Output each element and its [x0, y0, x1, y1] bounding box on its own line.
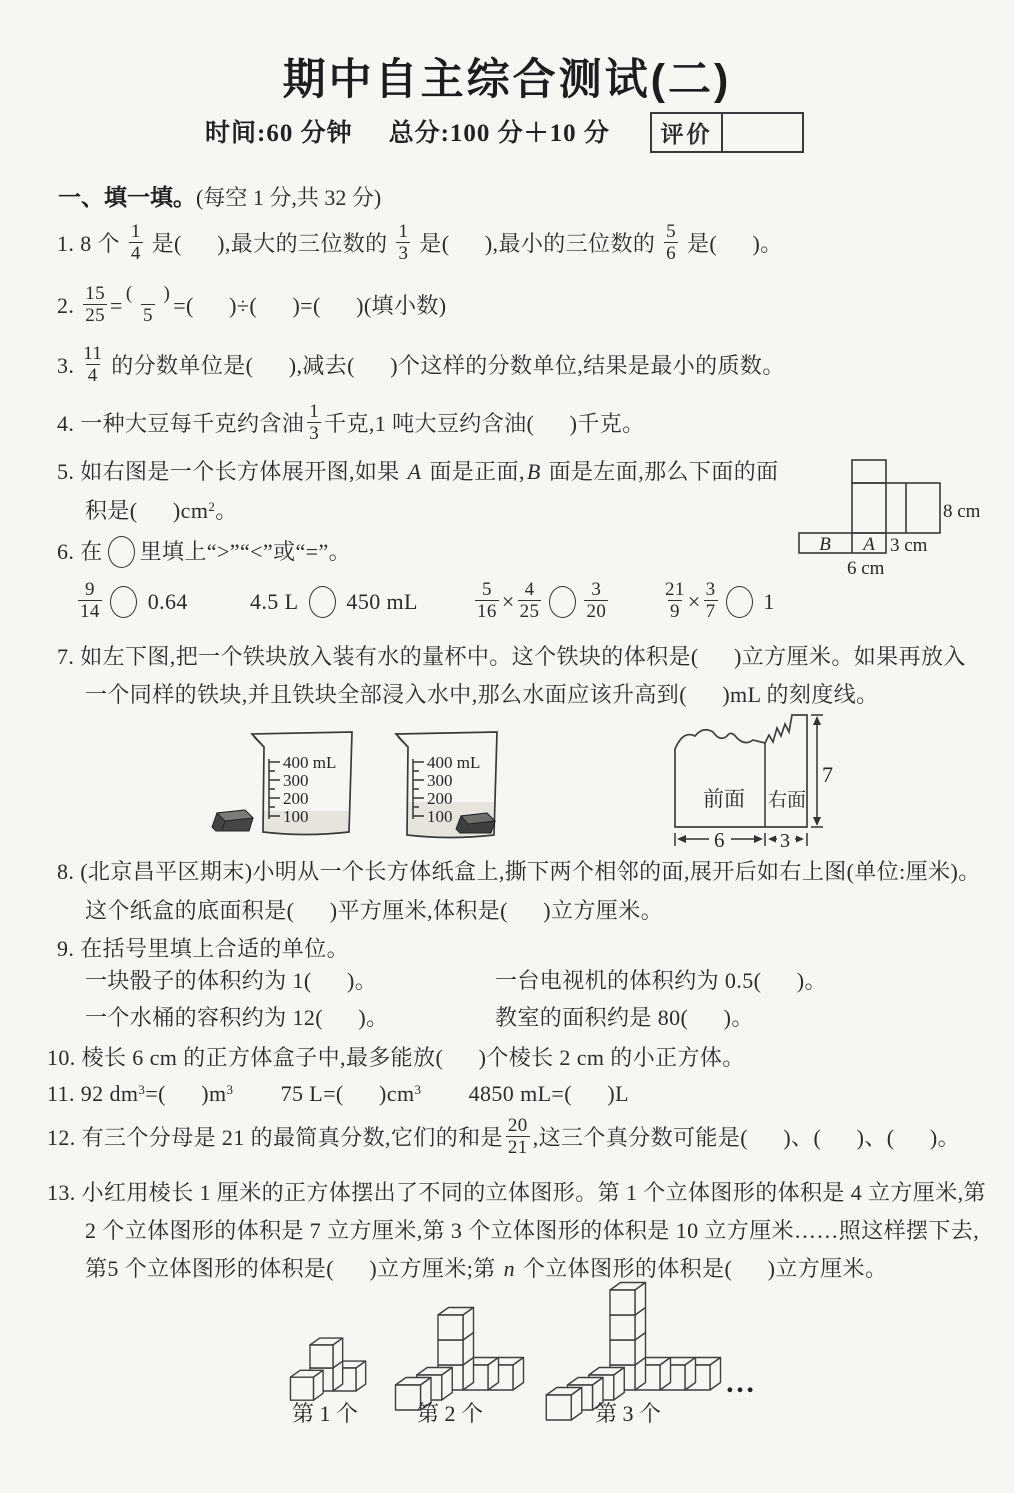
question-9-item2: 一台电视机的体积约为 0.5( )。 — [495, 967, 827, 995]
beaker2-scale-100: 100 — [427, 807, 453, 826]
beaker1-scale-ticks — [269, 759, 280, 819]
test-paper-page: 期中自主综合测试(二) 时间:60 分钟总分:100 分＋10 分 评价 一、填… — [0, 0, 1014, 1493]
compare-item-4: 219×37 1 — [662, 579, 775, 626]
fraction: ( )5 — [126, 283, 170, 327]
beaker-figure: 400 mL 300 200 100 400 mL 300 200 100 — [200, 710, 550, 850]
fraction: 914 — [78, 579, 102, 623]
superscript: 3 — [414, 1082, 421, 1097]
superscript: 3 — [226, 1082, 233, 1097]
superscript: 3 — [138, 1082, 145, 1097]
question-3: 3. 114 的分数单位是( ),减去( )个这样的分数单位,结果是最小的质数。 — [57, 343, 785, 390]
question-9: 9. 在括号里填上合适的单位。 — [57, 935, 349, 963]
net-height-dim: 8 cm — [943, 501, 981, 522]
torn-paper-figure: 前面 右面 7 6 3 — [665, 702, 860, 852]
fraction: 13 — [396, 221, 410, 265]
dim-7-label: 7 — [822, 762, 833, 787]
dim-3-label: 3 — [780, 830, 790, 852]
cube-shapes — [290, 1283, 720, 1421]
question-10: 10. 棱长 6 cm 的正方体盒子中,最多能放( )个棱长 2 cm 的小正方… — [47, 1044, 745, 1072]
question-9-item1: 一块骰子的体积约为 1( )。 — [85, 967, 377, 995]
evaluation-label: 评价 — [652, 114, 723, 151]
question-9-item3: 一个水桶的容积约为 12( )。 — [85, 1004, 389, 1032]
cube-figure-1-label: 第 1 个 — [292, 1401, 358, 1426]
fraction: 2021 — [506, 1115, 530, 1159]
fraction: 320 — [584, 579, 608, 623]
net-bottom-dim: 6 cm — [847, 558, 885, 579]
box-net-figure: B A 8 cm 3 cm 6 cm — [795, 452, 1010, 582]
beaker2-scale-200: 200 — [427, 789, 453, 808]
beaker1-scale-200: 200 — [283, 789, 309, 808]
beaker2-scale-400: 400 mL — [427, 753, 480, 772]
net-face-b-label: B — [819, 534, 831, 555]
question-1: 1. 8 个 14 是( ),最大的三位数的 13 是( ),最小的三位数的 5… — [57, 221, 783, 268]
compare-item-1: 914 0.64 — [75, 579, 188, 626]
section-heading: 一、填一填。(每空 1 分,共 32 分) — [58, 179, 381, 212]
question-8-line2: 这个纸盒的底面积是( )平方厘米,体积是( )立方厘米。 — [85, 897, 663, 925]
fraction: 114 — [83, 343, 102, 387]
question-5-line2: 积是( )cm2。 — [85, 497, 238, 525]
iron-block-submerged — [456, 813, 495, 833]
net-face-a-label: A — [861, 534, 875, 555]
evaluation-box: 评价 — [650, 112, 804, 153]
iron-block-outside — [212, 810, 253, 831]
fraction: 14 — [129, 221, 143, 265]
fraction: 219 — [665, 579, 685, 623]
front-face-label: 前面 — [703, 787, 745, 811]
cube-pattern-figure: … 第 1 个 第 2 个 第 3 个 — [270, 1280, 770, 1430]
question-11: 11. 92 dm3=( )m3 75 L=( )cm3 4850 mL=( )… — [47, 1080, 629, 1108]
section-heading-points: (每空 1 分,共 32 分) — [196, 185, 381, 210]
comparison-circle — [309, 586, 336, 618]
beaker1-scale-300: 300 — [283, 771, 309, 790]
question-13-line1: 13. 小红用棱长 1 厘米的正方体摆出了不同的立体图形。第 1 个立体图形的体… — [47, 1179, 986, 1207]
comparison-circle — [108, 536, 135, 568]
math-variable: n — [502, 1256, 517, 1281]
exam-info: 时间:60 分钟总分:100 分＋10 分 — [205, 113, 610, 149]
page-title: 期中自主综合测试(二) — [0, 46, 1014, 107]
math-variable: B — [525, 459, 543, 484]
fraction: 13 — [307, 401, 321, 445]
fraction: 1525 — [83, 283, 107, 327]
question-6: 6. 在里填上“>”“<”或“=”。 — [57, 538, 351, 570]
question-13-line3: 第5 个立体图形的体积是( )立方厘米;第 n 个立体图形的体积是( )立方厘米… — [85, 1255, 887, 1283]
dim-6-label: 6 — [714, 828, 725, 852]
question-12: 12. 有三个分母是 21 的最简真分数,它们的和是2021,这三个真分数可能是… — [47, 1115, 960, 1162]
question-5-line1: 5. 如右图是一个长方体展开图,如果 A 面是正面,B 面是左面,那么下面的面 — [57, 458, 779, 486]
math-variable: A — [406, 459, 424, 484]
comparison-circle — [549, 586, 576, 618]
question-4: 4. 一种大豆每千克约含油13千克,1 吨大豆约含油( )千克。 — [57, 401, 645, 448]
evaluation-score-cell — [723, 114, 802, 151]
comparison-circle — [726, 586, 753, 618]
exam-time: 时间:60 分钟 — [205, 120, 353, 147]
beaker1-scale-400: 400 mL — [283, 753, 336, 772]
superscript: 2 — [208, 499, 215, 514]
question-7-line1: 7. 如左下图,把一个铁块放入装有水的量杯中。这个铁块的体积是( )立方厘米。如… — [57, 643, 966, 671]
fraction: 516 — [475, 579, 499, 623]
beaker2-scale-300: 300 — [427, 771, 453, 790]
exam-total-score: 总分:100 分＋10 分 — [389, 120, 610, 147]
section-heading-title: 一、填一填。 — [58, 184, 196, 210]
compare-item-3: 516×425320 — [472, 579, 611, 626]
fraction: 37 — [704, 579, 718, 623]
right-face-label: 右面 — [768, 789, 806, 811]
fraction: 56 — [664, 221, 678, 265]
question-9-item4: 教室的面积约是 80( )。 — [495, 1004, 754, 1032]
comparison-circle — [110, 586, 137, 618]
cube-figure-2-label: 第 2 个 — [417, 1401, 483, 1426]
beaker1-scale-100: 100 — [283, 807, 309, 826]
net-side-dim: 3 cm — [890, 535, 928, 556]
question-13-line2: 2 个立体图形的体积是 7 立方厘米,第 3 个立体图形的体积是 10 立方厘米… — [85, 1217, 979, 1245]
compare-item-2: 4.5 L 450 mL — [250, 579, 418, 625]
cube-figure-3-label: 第 3 个 — [595, 1401, 661, 1426]
fraction: 425 — [518, 579, 542, 623]
question-2: 2. 1525=( )5=( )÷( )=( )(填小数) — [57, 283, 447, 330]
ellipsis: … — [725, 1366, 758, 1399]
question-8-line1: 8. (北京昌平区期末)小明从一个长方体纸盒上,撕下两个相邻的面,展开后如右上图… — [57, 858, 981, 886]
